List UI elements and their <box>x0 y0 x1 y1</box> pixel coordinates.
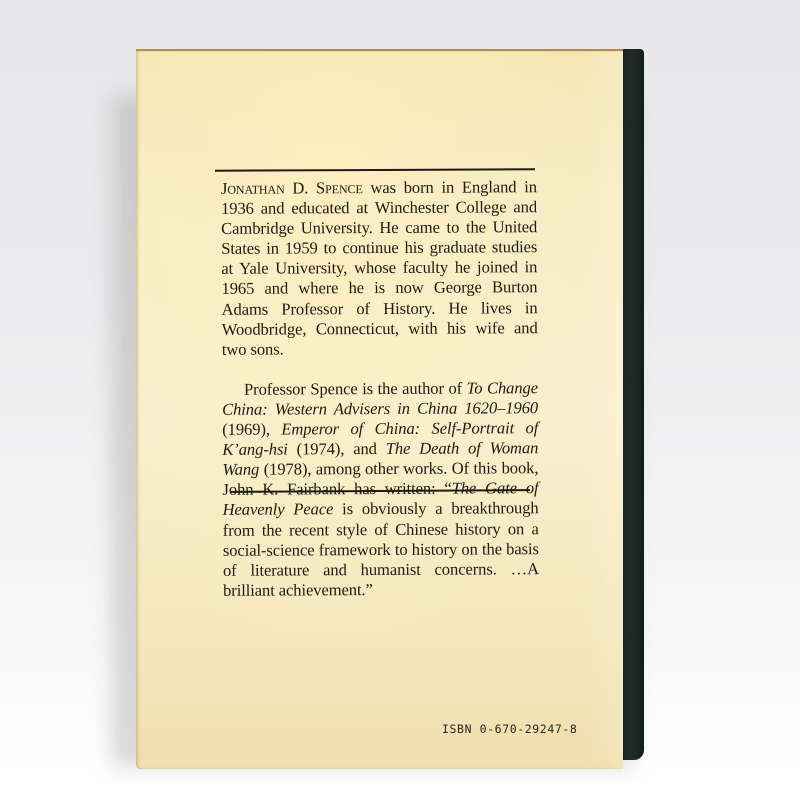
book-spine <box>622 49 644 760</box>
isbn-number: ISBN 0-670-29247-8 <box>442 722 577 736</box>
author-bio: Jonathan D. Spence was born in England i… <box>221 177 539 601</box>
author-name: Jonathan D. Spence <box>221 178 363 198</box>
bio-paragraph-1: Jonathan D. Spence was born in England i… <box>221 177 538 359</box>
